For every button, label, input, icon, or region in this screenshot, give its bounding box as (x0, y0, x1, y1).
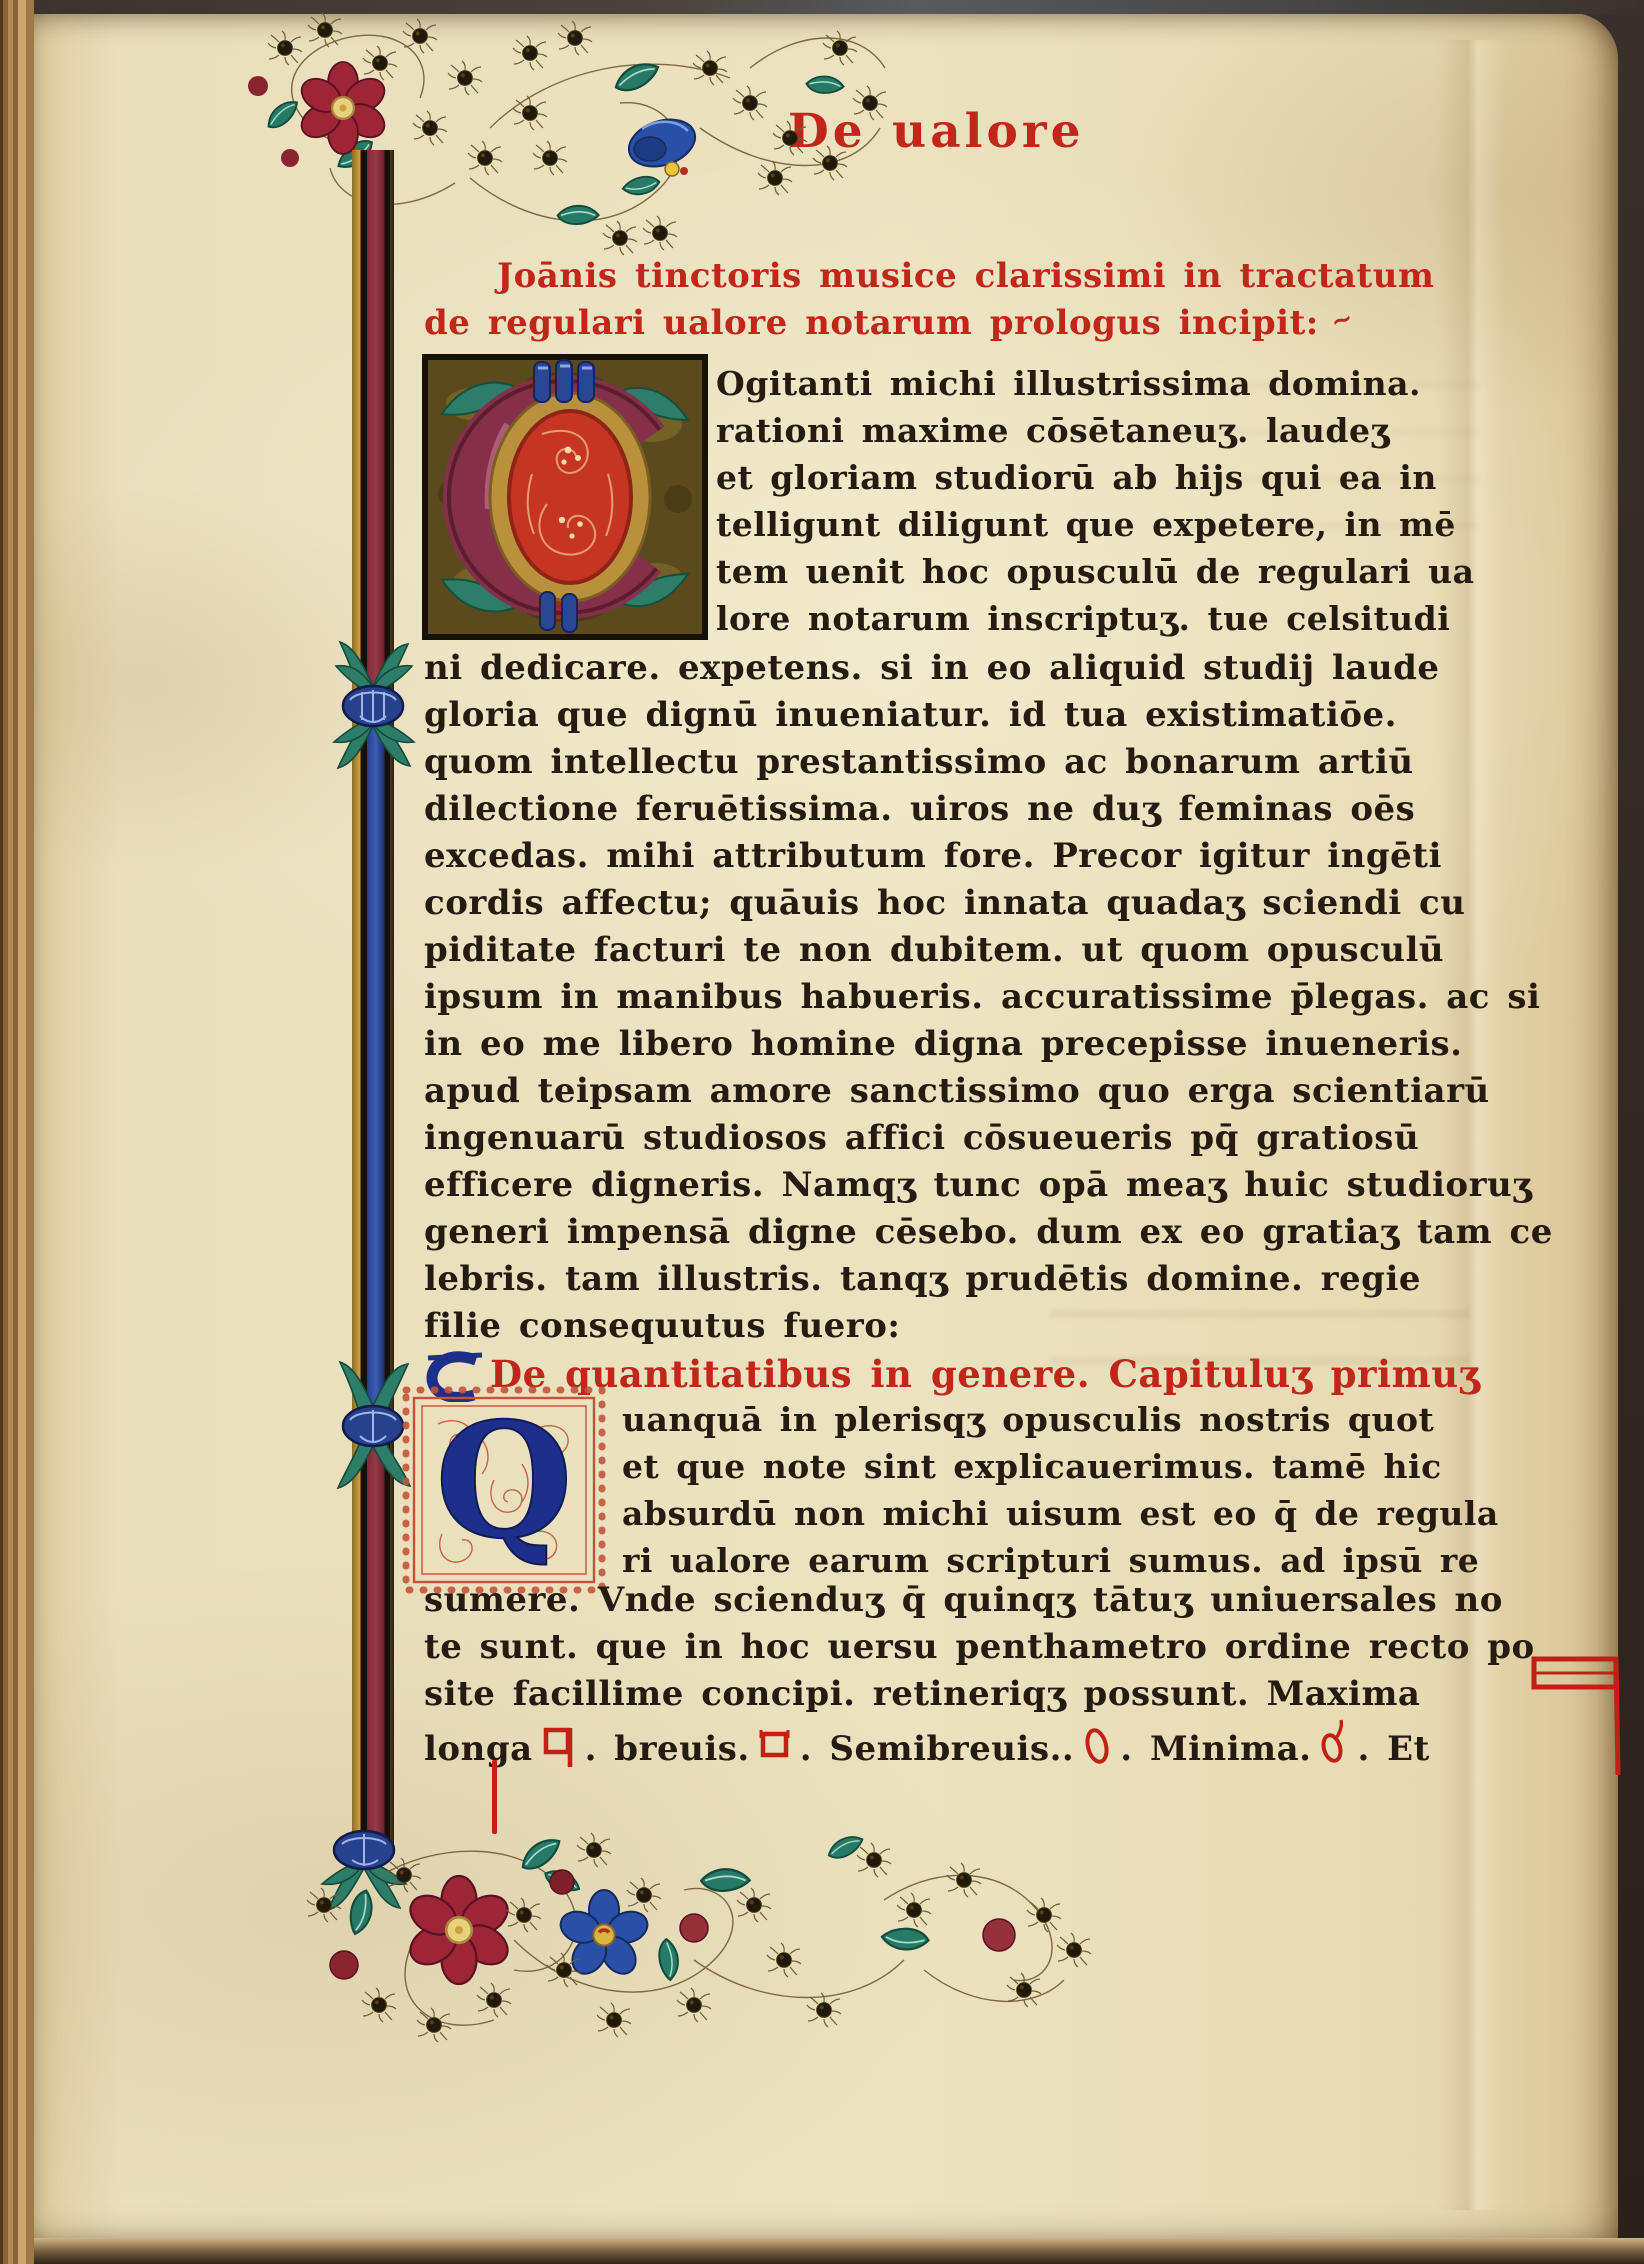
text-line: tem uenit hoc opusculū de regulari ua (716, 548, 1474, 595)
text-line: sumere. Vnde scienduʒ q̄ quinqʒ tātuʒ un… (424, 1577, 1535, 1624)
minima-note-icon (1317, 1718, 1351, 1768)
bottom-floral-ornament (264, 1820, 1114, 2056)
note-line-text: . Et (1357, 1729, 1429, 1769)
text-line: ipsum in manibus habueris. accuratissime… (424, 974, 1553, 1021)
illuminated-bar-middle-segment (352, 706, 394, 1402)
note-line-text: . Minima. (1120, 1729, 1311, 1769)
prologue-indented-lines: Ogitanti michi illustrissima domina. rat… (716, 360, 1474, 642)
red-berry (330, 1951, 358, 1979)
text-line: uanquā in plerisqʒ opusculis nostris quo… (622, 1396, 1499, 1443)
rubric-flourish: ~ (1327, 303, 1357, 338)
illuminated-initial-c (422, 354, 708, 640)
text-line: lore notarum inscriptuʒ. tue celsitudi (716, 595, 1474, 642)
longa-note-icon (539, 1722, 579, 1768)
text-line: apud teipsam amore sanctissimo quo erga … (424, 1068, 1553, 1115)
note-line-text: longa (424, 1729, 533, 1769)
text-line: site facillime concipi. retineriqʒ possu… (424, 1671, 1535, 1718)
note-line-text: . breuis. (585, 1729, 750, 1769)
text-line: gloria que dignū inueniatur. id tua exis… (424, 692, 1553, 739)
text-line: cordis affectu; quāuis hoc innata quadaʒ… (424, 880, 1553, 927)
text-line: rationi maxime cōsētaneuʒ. laudeʒ (716, 407, 1474, 454)
rubric-line-text: de regulari ualore notarum prologus inci… (424, 303, 1319, 343)
penwork-initial-q: Q (398, 1384, 610, 1598)
note-names-line: longa . breuis. . Semibreuis.. . Minima.… (424, 1718, 1535, 1765)
chapter1-full-lines: sumere. Vnde scienduʒ q̄ quinqʒ tātuʒ un… (424, 1577, 1535, 1765)
text-line: filie consequutus fuero: (424, 1303, 1553, 1350)
red-berry (248, 76, 268, 96)
text-line: excedas. mihi attributum fore. Precor ig… (424, 833, 1553, 880)
text-line: telligunt diligunt que expetere, in mē (716, 501, 1474, 548)
text-line: et gloriam studiorū ab hijs qui ea in (716, 454, 1474, 501)
text-line: ingenuarū studiosos affici cōsueueris pq… (424, 1115, 1553, 1162)
text-line: lebris. tam illustris. tanqʒ prudētis do… (424, 1256, 1553, 1303)
illuminated-bar-top-segment (352, 150, 394, 706)
chapter1-indented-lines: uanquā in plerisqʒ opusculis nostris quo… (622, 1396, 1499, 1584)
manuscript-photo: De ualore (0, 0, 1644, 2264)
foliate-knot (312, 638, 434, 774)
rubric-line: de regulari ualore notarum prologus inci… (424, 303, 1355, 343)
text-line: et que note sint explicauerimus. tamē hi… (622, 1443, 1499, 1490)
note-line-text: . Semibreuis.. (800, 1729, 1075, 1769)
maxima-note-icon (1528, 1645, 1632, 1779)
book-gutter-edge (0, 0, 34, 2264)
brevis-note-icon (756, 1722, 794, 1768)
rubric-line: Joānis tinctoris musice clarissimi in tr… (497, 256, 1434, 296)
chapter-heading-text: De quantitatibus in genere. Capituluʒ pr… (490, 1348, 1480, 1400)
svg-text:Q: Q (435, 1389, 573, 1574)
text-line: quom intellectu prestantissimo ac bonaru… (424, 739, 1553, 786)
text-line: dilectione feruētissima. uiros ne duʒ fe… (424, 786, 1553, 833)
text-line: ni dedicare. expetens. si in eo aliquid … (424, 645, 1553, 692)
text-line: piditate facturi te non dubitem. ut quom… (424, 927, 1553, 974)
text-line: generi impensā digne cēsebo. dum ex eo g… (424, 1209, 1553, 1256)
text-line: te sunt. que in hoc uersu penthametro or… (424, 1624, 1535, 1671)
page-bottom-edge (26, 2238, 1644, 2264)
text-line: in eo me libero homine digna precepisse … (424, 1021, 1553, 1068)
text-line: efficere digneris. Namqʒ tunc opā meaʒ h… (424, 1162, 1553, 1209)
top-floral-ornament (230, 8, 910, 266)
text-line: Ogitanti michi illustrissima domina. (716, 360, 1474, 407)
text-line: absurdū non michi uisum est eo q̄ de reg… (622, 1490, 1499, 1537)
semibrevis-note-icon (1080, 1720, 1114, 1768)
prologue-full-lines: ni dedicare. expetens. si in eo aliquid … (424, 645, 1553, 1350)
